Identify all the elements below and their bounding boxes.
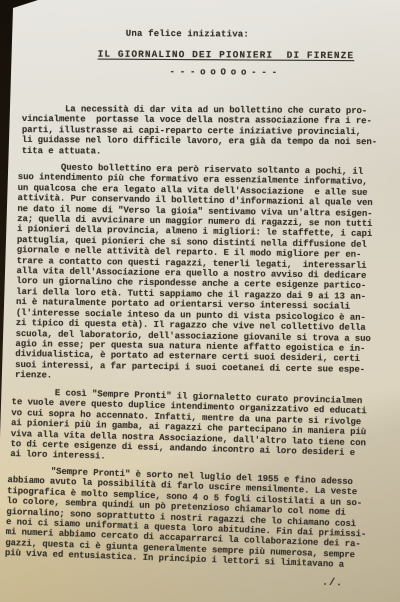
paragraph: La necessità di dar vita ad un bollettin…: [22, 104, 400, 158]
photo-background: Una felice iniziativa: IL GIORNALINO DEI…: [0, 0, 400, 602]
paragraph: Questo bollettino era però riservato sol…: [15, 162, 400, 386]
document-body: La necessità di dar vita ad un bollettin…: [0, 104, 400, 559]
continuation-mark: ./.: [322, 579, 343, 590]
heading-kicker: Una felice iniziativa:: [126, 29, 400, 42]
heading-ornament: - - - o o O o o - - -: [170, 67, 400, 79]
page-title: IL GIORNALINO DEI PIONIERI DI FIRENZE: [98, 49, 400, 63]
paragraph: "Sempre Pronti" è sorto nel luglio del 1…: [5, 465, 400, 572]
document-heading: Una felice iniziativa: IL GIORNALINO DEI…: [0, 0, 400, 79]
document-page: Una felice iniziativa: IL GIORNALINO DEI…: [0, 0, 400, 602]
paragraph: E così "Sempre Pronti" il giornaletto cu…: [10, 387, 400, 470]
page-content: Una felice iniziativa: IL GIORNALINO DEI…: [0, 0, 400, 602]
